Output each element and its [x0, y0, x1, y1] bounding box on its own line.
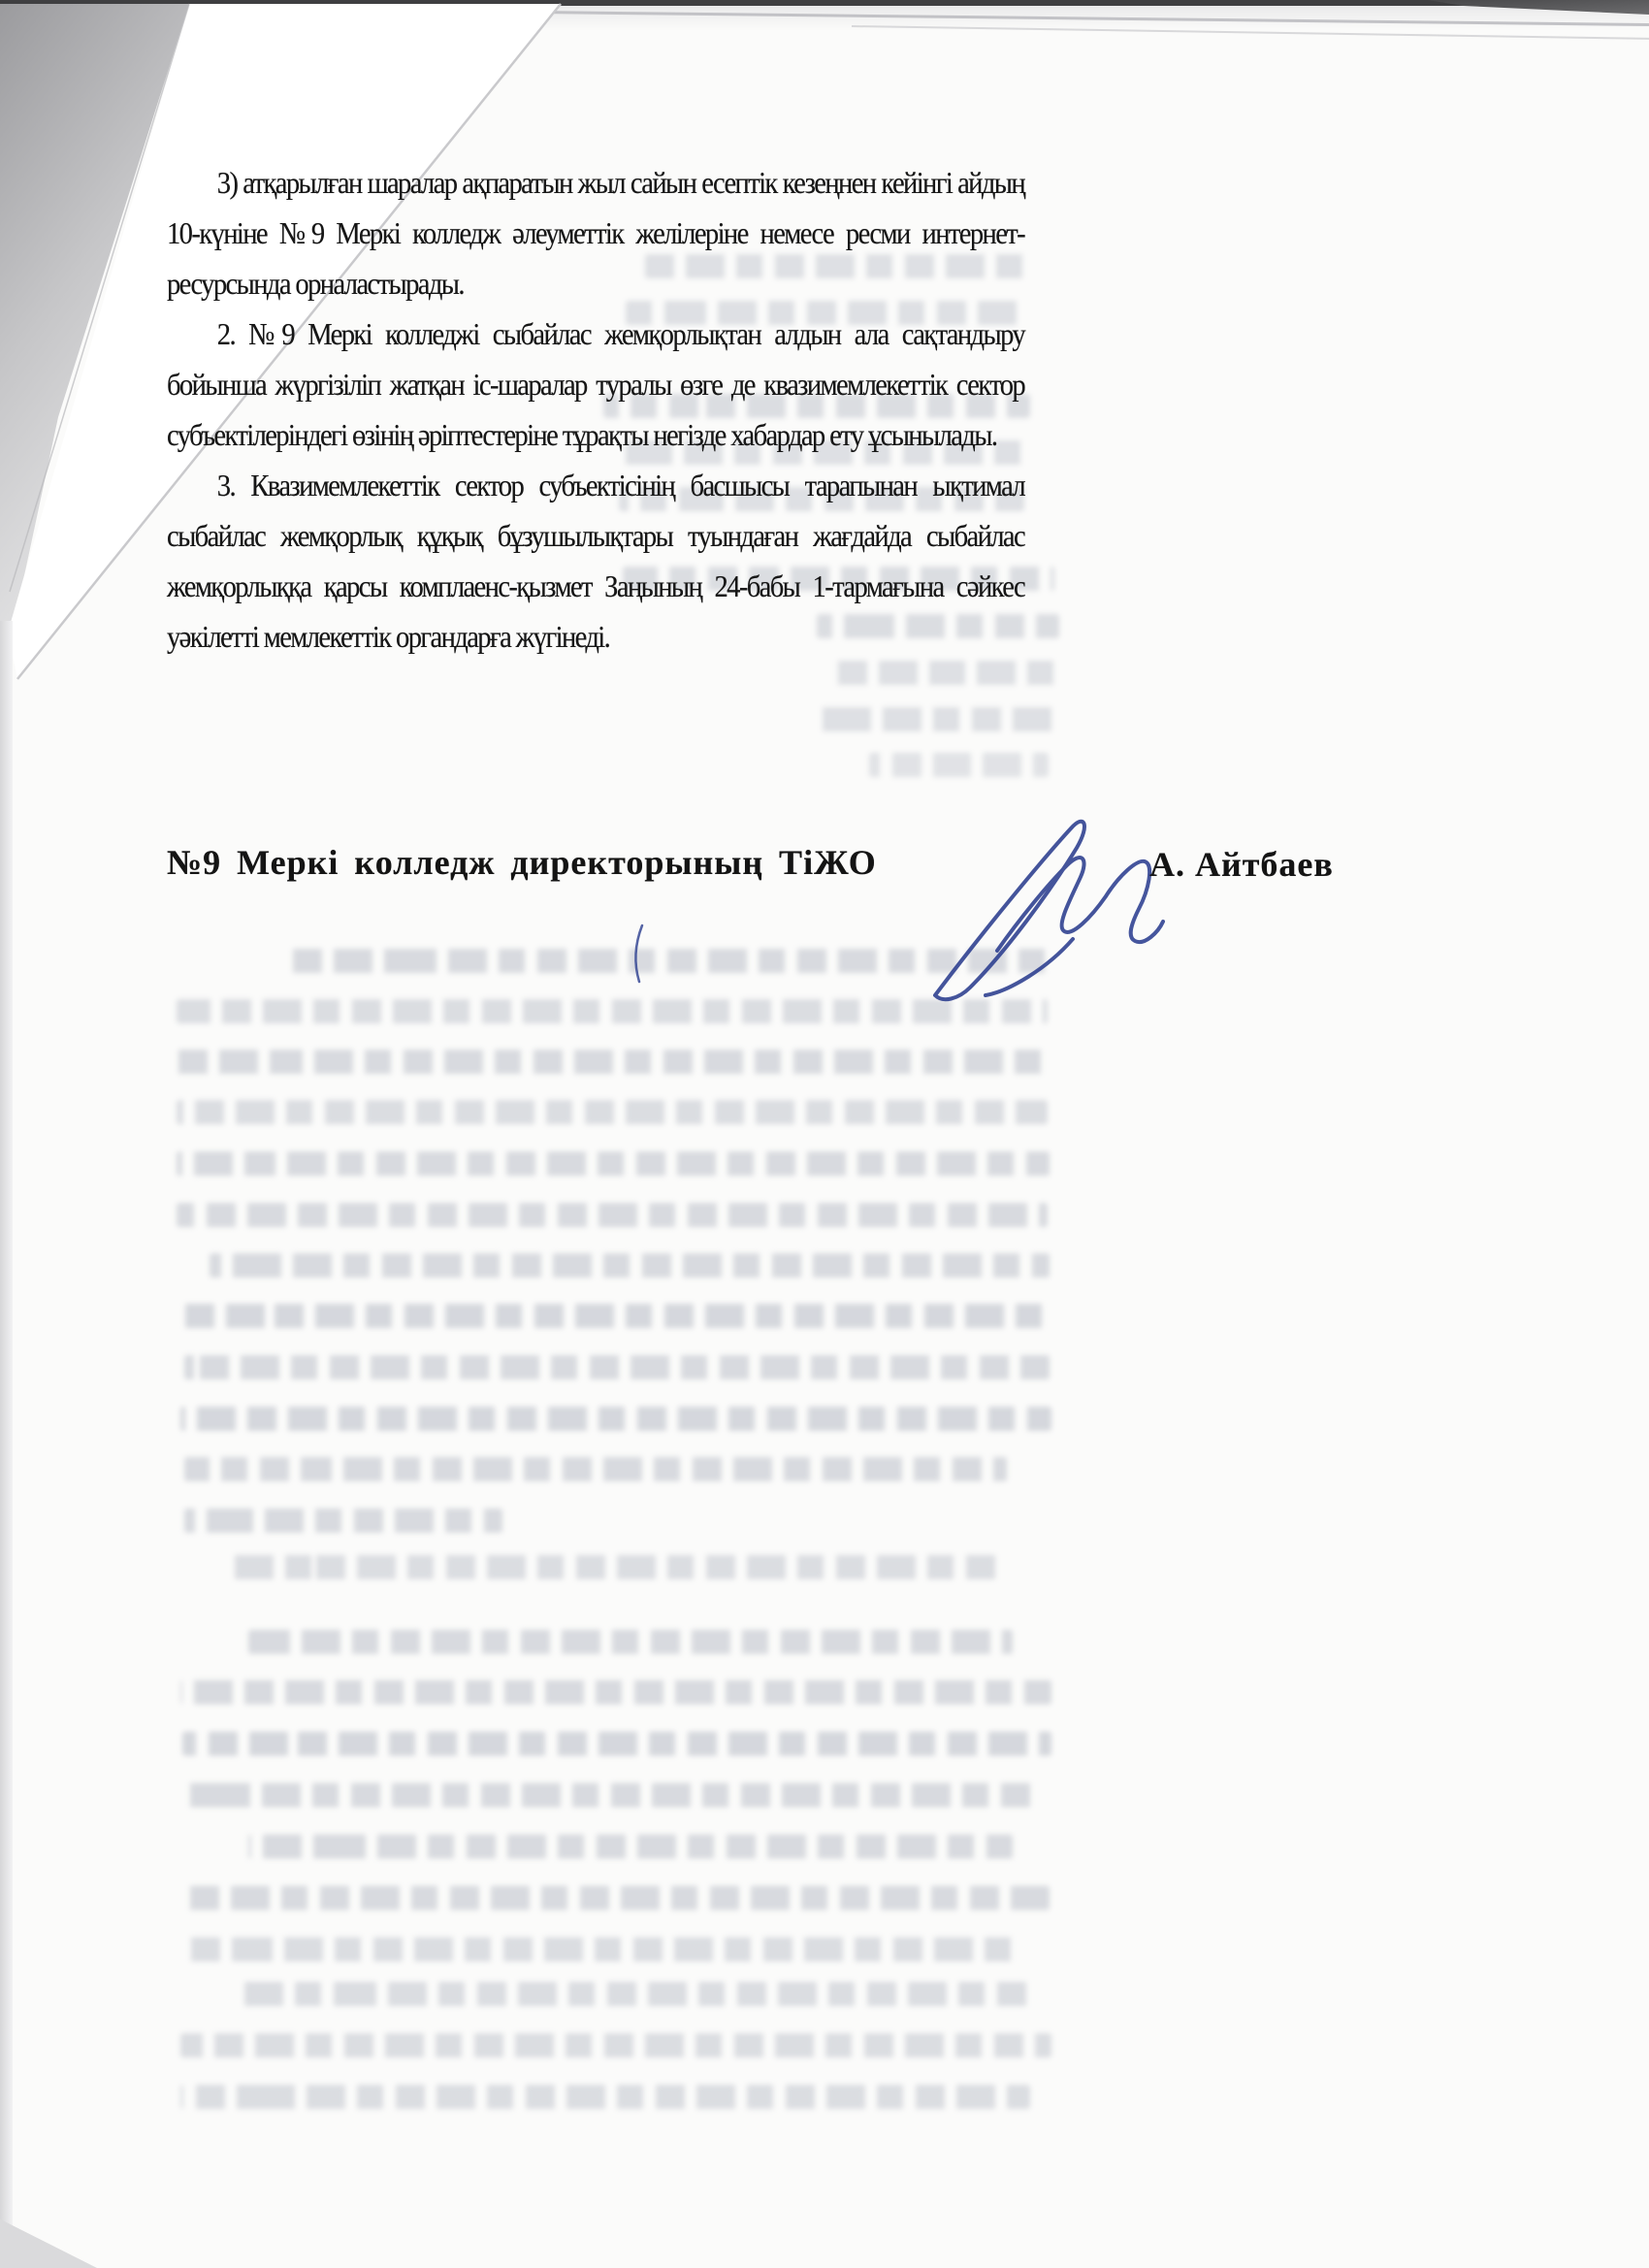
bleed-through-line	[235, 1982, 1028, 2006]
bleed-through-line	[184, 1508, 502, 1533]
bleed-through-line	[210, 1253, 1050, 1278]
bleed-through-line	[184, 1783, 1036, 1807]
paragraph-3: 3. Квазимемлекеттік сектор субъектісінің…	[167, 460, 1024, 662]
bleed-through-line	[177, 1203, 1048, 1227]
bleed-through-line	[180, 1304, 1050, 1328]
bleed-through-line	[225, 1555, 997, 1579]
signature-title: №9 Меркі колледж директорының ТіЖО	[167, 842, 877, 883]
bleed-through-line	[184, 1355, 1050, 1379]
bleed-through-line	[180, 1680, 1051, 1704]
bleed-through-line	[180, 2033, 1051, 2057]
bleed-through-line	[248, 1630, 1013, 1654]
bleed-through-line	[182, 1732, 1051, 1756]
bleed-through-line	[177, 1151, 1050, 1176]
bleed-through-line	[184, 1457, 1007, 1481]
signatory-name: А. Айтбаев	[1149, 844, 1334, 885]
bleed-through-line	[180, 1886, 1050, 1910]
bleed-through-line	[836, 661, 1064, 685]
signature-row: №9 Меркі колледж директорының ТіЖО А. Ай…	[0, 842, 1649, 997]
bleed-through-line	[821, 707, 1061, 731]
bleed-through-line	[248, 1834, 1013, 1859]
bleed-through-line	[177, 1100, 1048, 1124]
paragraph-1: 3) атқарылған шаралар ақпаратын жыл сайы…	[167, 157, 1024, 308]
bleed-through-line	[177, 1050, 1051, 1074]
handwritten-signature	[900, 792, 1181, 1015]
paragraph-2: 2. №9 Меркі колледжі сыбайлас жемқорлықт…	[167, 308, 1024, 460]
scanned-page: { "document": { "language": "kk", "parag…	[0, 0, 1649, 2268]
bleed-through-line	[180, 1407, 1051, 1431]
bleed-through-line	[180, 2085, 1030, 2109]
bleed-through-line	[182, 1937, 1015, 1961]
bleed-through-line	[869, 753, 1049, 777]
document-body: 3) атқарылған шаралар ақпаратын жыл сайы…	[167, 157, 1024, 662]
signature-pen-mark	[629, 923, 654, 984]
